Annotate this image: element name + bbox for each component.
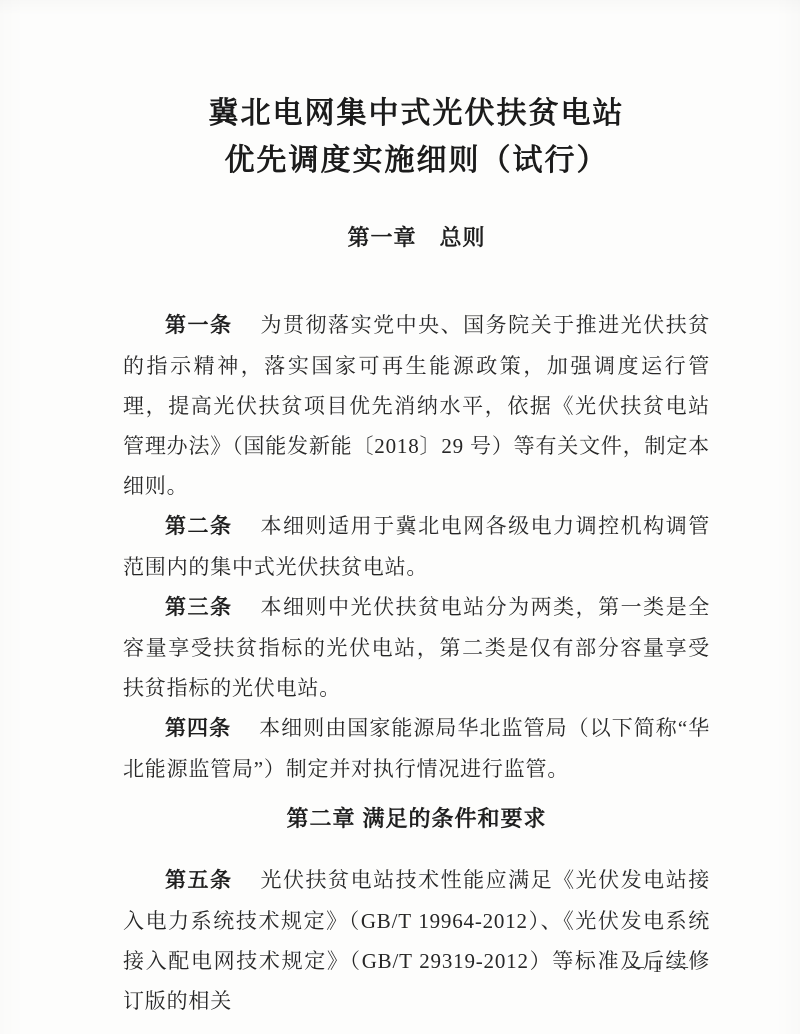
article-2: 第二条本细则适用于冀北电网各级电力调控机构调管范围内的集中式光伏扶贫电站。 — [123, 506, 710, 587]
article-5-label: 第五条 — [165, 869, 233, 892]
article-2-label: 第二条 — [165, 515, 233, 538]
article-3: 第三条本细则中光伏扶贫电站分为两类，第一类是全容量享受扶贫指标的光伏电站，第二类… — [123, 587, 710, 708]
article-1-label: 第一条 — [165, 314, 233, 337]
article-4-label: 第四条 — [165, 717, 231, 740]
page-number: — 1 — — [608, 956, 708, 977]
article-3-label: 第三条 — [165, 596, 233, 619]
chapter-1-body: 第一条为贯彻落实党中央、国务院关于推进光伏扶贫的指示精神，落实国家可再生能源政策… — [123, 305, 710, 789]
article-1: 第一条为贯彻落实党中央、国务院关于推进光伏扶贫的指示精神，落实国家可再生能源政策… — [123, 305, 710, 506]
chapter-1-heading: 第一章 总则 — [123, 225, 710, 251]
article-1-text: 为贯彻落实党中央、国务院关于推进光伏扶贫的指示精神，落实国家可再生能源政策，加强… — [123, 313, 710, 498]
chapter-2-heading: 第二章 满足的条件和要求 — [123, 806, 710, 832]
document-title-line-2: 优先调度实施细则（试行） — [123, 137, 710, 184]
chapter-2-body: 第五条光伏扶贫电站技术性能应满足《光伏发电站接入电力系统技术规定》（GB/T 1… — [123, 860, 710, 1021]
document-page: 冀北电网集中式光伏扶贫电站 优先调度实施细则（试行） 第一章 总则 第一条为贯彻… — [0, 0, 800, 1034]
document-title: 冀北电网集中式光伏扶贫电站 优先调度实施细则（试行） — [123, 90, 710, 184]
text-block: 冀北电网集中式光伏扶贫电站 优先调度实施细则（试行） 第一章 总则 第一条为贯彻… — [0, 0, 800, 1021]
document-title-line-1: 冀北电网集中式光伏扶贫电站 — [123, 90, 710, 137]
article-4: 第四条本细则由国家能源局华北监管局（以下简称“华北能源监管局”）制定并对执行情况… — [123, 708, 710, 789]
article-5: 第五条光伏扶贫电站技术性能应满足《光伏发电站接入电力系统技术规定》（GB/T 1… — [123, 860, 710, 1021]
